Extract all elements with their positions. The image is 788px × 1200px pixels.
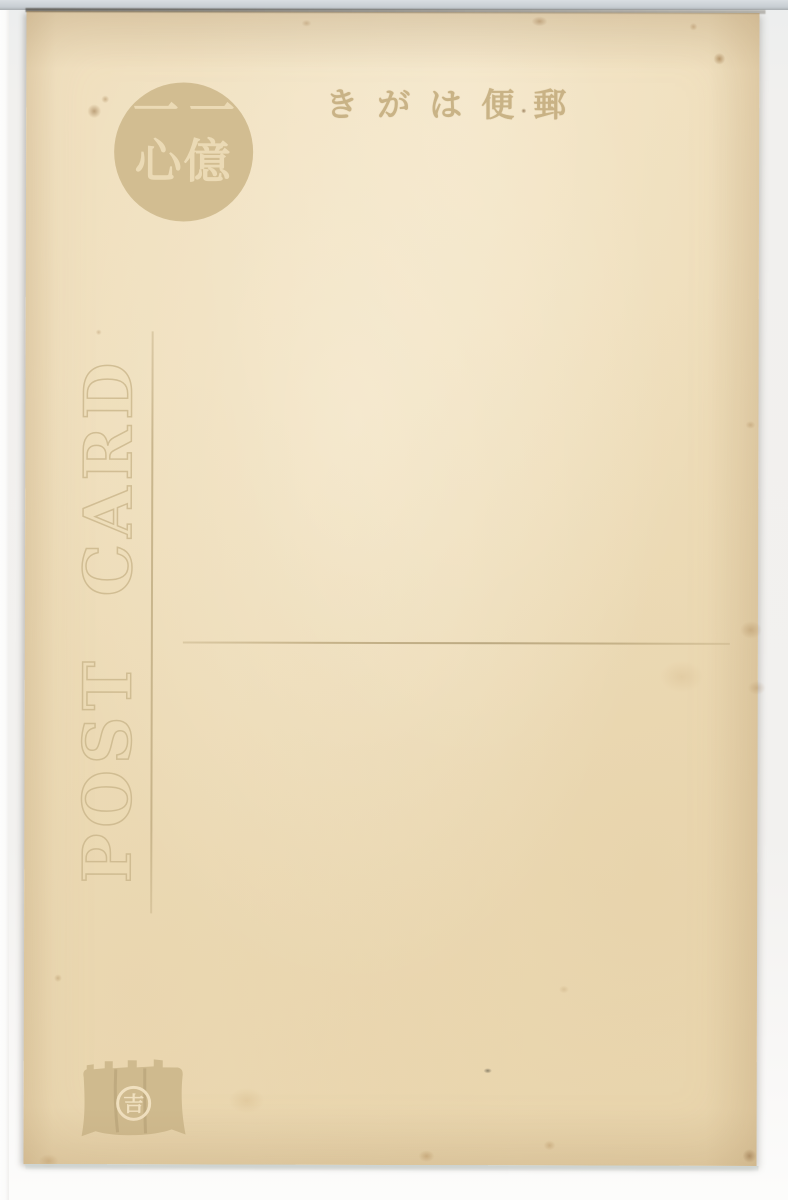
foxing-stains — [27, 11, 760, 13]
address-rule-line — [183, 641, 730, 644]
slogan-stamp-bottom-row: 心億 — [114, 138, 253, 185]
maker-mark-character: 吉 — [123, 1092, 144, 1116]
slogan-stamp-top-row: 一一 — [114, 88, 253, 132]
postcard-header-label: きがは便郵 — [325, 88, 585, 122]
curtain-fold-line — [145, 1068, 146, 1133]
maker-mark-noren-logo: 吉 — [78, 1057, 190, 1143]
post-card-side-label: POST CARD — [68, 361, 147, 883]
slogan-stamp: 一一 心億 — [114, 82, 253, 221]
postcard-back: きがは便郵 一一 心億 POST CARD 吉 — [23, 11, 759, 1166]
scan-left-edge — [0, 0, 9, 1200]
message-address-divider-line — [150, 331, 154, 913]
